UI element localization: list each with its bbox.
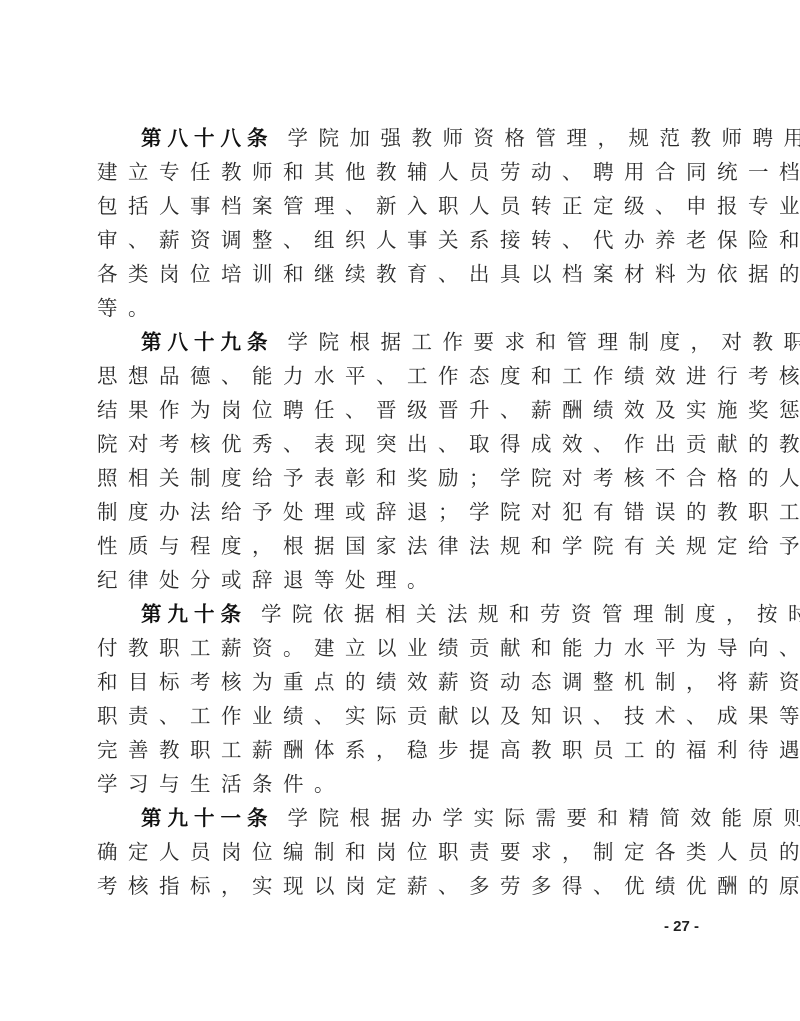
article-line: 付教职工薪资。建立以业绩贡献和能力水平为导向、以目标管理 bbox=[97, 631, 717, 665]
article-line: 纪律处分或辞退等处理。 bbox=[97, 563, 717, 597]
article-91: 第九十一条学院根据办学实际需要和精简效能原则，自主 确定人员岗位编制和岗位职责要… bbox=[97, 801, 717, 903]
page-number: - 27 - bbox=[664, 918, 699, 935]
article-line: 建立专任教师和其他教辅人员劳动、聘用合同统一档案管理制度， bbox=[97, 155, 717, 189]
article-heading: 第九十一条 bbox=[141, 806, 274, 830]
article-line: 完善教职工薪酬体系，稳步提高教职员工的福利待遇，改善工作、 bbox=[97, 733, 717, 767]
article-line: 第八十九条学院根据工作要求和管理制度，对教职员工的 bbox=[97, 325, 717, 359]
article-line: 第九十条学院依据相关法规和劳资管理制度，按时足额支 bbox=[97, 597, 717, 631]
article-line: 学习与生活条件。 bbox=[97, 767, 717, 801]
article-text: 学院根据工作要求和管理制度，对教职员工的 bbox=[288, 330, 800, 354]
article-line: 各类岗位培训和继续教育、出具以档案材料为依据的有关证明 bbox=[97, 257, 717, 291]
article-90: 第九十条学院依据相关法规和劳资管理制度，按时足额支 付教职工薪资。建立以业绩贡献… bbox=[97, 597, 717, 801]
article-line: 院对考核优秀、表现突出、取得成效、作出贡献的教职员工，按 bbox=[97, 427, 717, 461]
article-line: 确定人员岗位编制和岗位职责要求，制定各类人员的分配制度与 bbox=[97, 835, 717, 869]
article-text: 学院根据办学实际需要和精简效能原则，自主 bbox=[288, 806, 800, 830]
article-line: 思想品德、能力水平、工作态度和工作绩效进行考核评定，考核 bbox=[97, 359, 717, 393]
document-page: 第八十八条学院加强教师资格管理，规范教师聘用制度， 建立专任教师和其他教辅人员劳… bbox=[97, 121, 717, 903]
article-line: 职责、工作业绩、实际贡献以及知识、技术、成果等挂钩。优化 bbox=[97, 699, 717, 733]
article-heading: 第八十八条 bbox=[141, 126, 274, 150]
article-line: 考核指标，实现以岗定薪、多劳多得、优绩优酬的原则。优化人 bbox=[97, 869, 717, 903]
article-line: 制度办法给予处理或辞退；学院对犯有错误的教职工视其情节、 bbox=[97, 495, 717, 529]
article-line: 和目标考核为重点的绩效薪资动态调整机制，将薪资收入与岗位 bbox=[97, 665, 717, 699]
article-line: 照相关制度给予表彰和奖励；学院对考核不合格的人员根据相关 bbox=[97, 461, 717, 495]
article-heading: 第八十九条 bbox=[141, 330, 274, 354]
article-text: 学院依据相关法规和劳资管理制度，按时足额支 bbox=[261, 602, 800, 626]
article-line: 第九十一条学院根据办学实际需要和精简效能原则，自主 bbox=[97, 801, 717, 835]
article-line: 等。 bbox=[97, 291, 717, 325]
article-text: 学院加强教师资格管理，规范教师聘用制度， bbox=[288, 126, 800, 150]
article-88: 第八十八条学院加强教师资格管理，规范教师聘用制度， 建立专任教师和其他教辅人员劳… bbox=[97, 121, 717, 325]
article-line: 审、薪资调整、组织人事关系接转、代办养老保险和住房公积金、 bbox=[97, 223, 717, 257]
article-line: 第八十八条学院加强教师资格管理，规范教师聘用制度， bbox=[97, 121, 717, 155]
article-line: 结果作为岗位聘任、晋级晋升、薪酬绩效及实施奖惩的依据。学 bbox=[97, 393, 717, 427]
article-heading: 第九十条 bbox=[141, 602, 247, 626]
article-89: 第八十九条学院根据工作要求和管理制度，对教职员工的 思想品德、能力水平、工作态度… bbox=[97, 325, 717, 597]
article-line: 性质与程度，根据国家法律法规和学院有关规定给予批评教育、 bbox=[97, 529, 717, 563]
article-line: 包括人事档案管理、新入职人员转正定级、申报专业技术职务评 bbox=[97, 189, 717, 223]
